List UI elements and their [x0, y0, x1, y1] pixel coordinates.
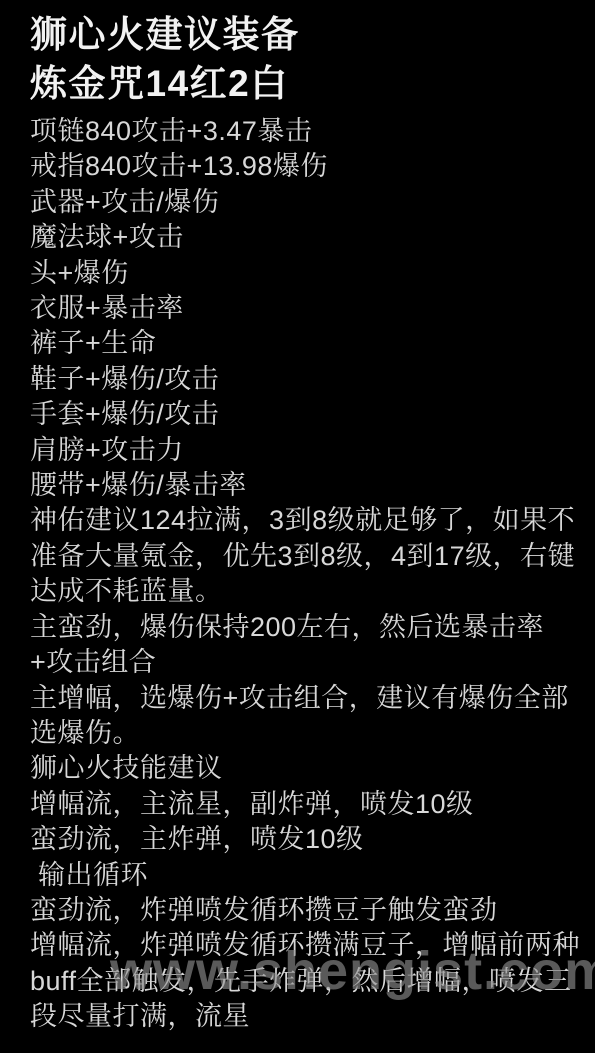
text-line-belt: 腰带+爆伤/暴击率 [30, 468, 577, 503]
notes-body: 项链840攻击+3.47暴击 戒指840攻击+13.98爆伤 武器+攻击/爆伤 … [30, 114, 577, 1035]
page-title-line-1: 狮心火建议装备 [30, 10, 577, 59]
page-title-line-2: 炼金咒14红2白 [30, 59, 577, 108]
text-line-mainstat-2: +攻击组合 [30, 645, 577, 680]
text-line-necklace: 项链840攻击+3.47暴击 [30, 114, 577, 149]
text-line-fury-build: 蛮劲流，主炸弹，喷发10级 [30, 822, 577, 857]
text-line-mainstat-1: 主蛮劲，爆伤保持200左右，然后选暴击率 [30, 610, 577, 645]
text-line-ring: 戒指840攻击+13.98爆伤 [30, 149, 577, 184]
text-line-amplify-2: 选爆伤。 [30, 716, 577, 751]
text-line-amplify-build: 增幅流，主流星，副炸弹，喷发10级 [30, 787, 577, 822]
notes-page: 狮心火建议装备 炼金咒14红2白 项链840攻击+3.47暴击 戒指840攻击+… [0, 0, 595, 1053]
text-line-rotation-heading: 输出循环 [30, 858, 577, 893]
text-line-shoulders: 肩膀+攻击力 [30, 433, 577, 468]
text-line-blessing-1: 神佑建议124拉满，3到8级就足够了，如果不 [30, 503, 577, 538]
text-line-orb: 魔法球+攻击 [30, 220, 577, 255]
text-line-rotation-amplify-1: 增幅流，炸弹喷发循环攒满豆子，增幅前两种 [30, 928, 577, 963]
text-line-blessing-3: 达成不耗蓝量。 [30, 574, 577, 609]
text-line-rotation-amplify-2: buff全部触发，先手炸弹，然后增幅，喷发三 [30, 964, 577, 999]
text-line-gloves: 手套+爆伤/攻击 [30, 397, 577, 432]
text-line-clothes: 衣服+暴击率 [30, 291, 577, 326]
text-line-skill-heading: 狮心火技能建议 [30, 751, 577, 786]
page-title: 狮心火建议装备 炼金咒14红2白 [30, 10, 577, 108]
text-line-amplify-1: 主增幅，选爆伤+攻击组合，建议有爆伤全部 [30, 681, 577, 716]
text-line-weapon: 武器+攻击/爆伤 [30, 185, 577, 220]
text-line-head: 头+爆伤 [30, 256, 577, 291]
text-line-rotation-amplify-3: 段尽量打满，流星 [30, 999, 577, 1034]
text-line-shoes: 鞋子+爆伤/攻击 [30, 362, 577, 397]
text-line-rotation-fury: 蛮劲流，炸弹喷发循环攒豆子触发蛮劲 [30, 893, 577, 928]
text-line-blessing-2: 准备大量氪金，优先3到8级，4到17级，右键 [30, 539, 577, 574]
text-line-pants: 裤子+生命 [30, 326, 577, 361]
